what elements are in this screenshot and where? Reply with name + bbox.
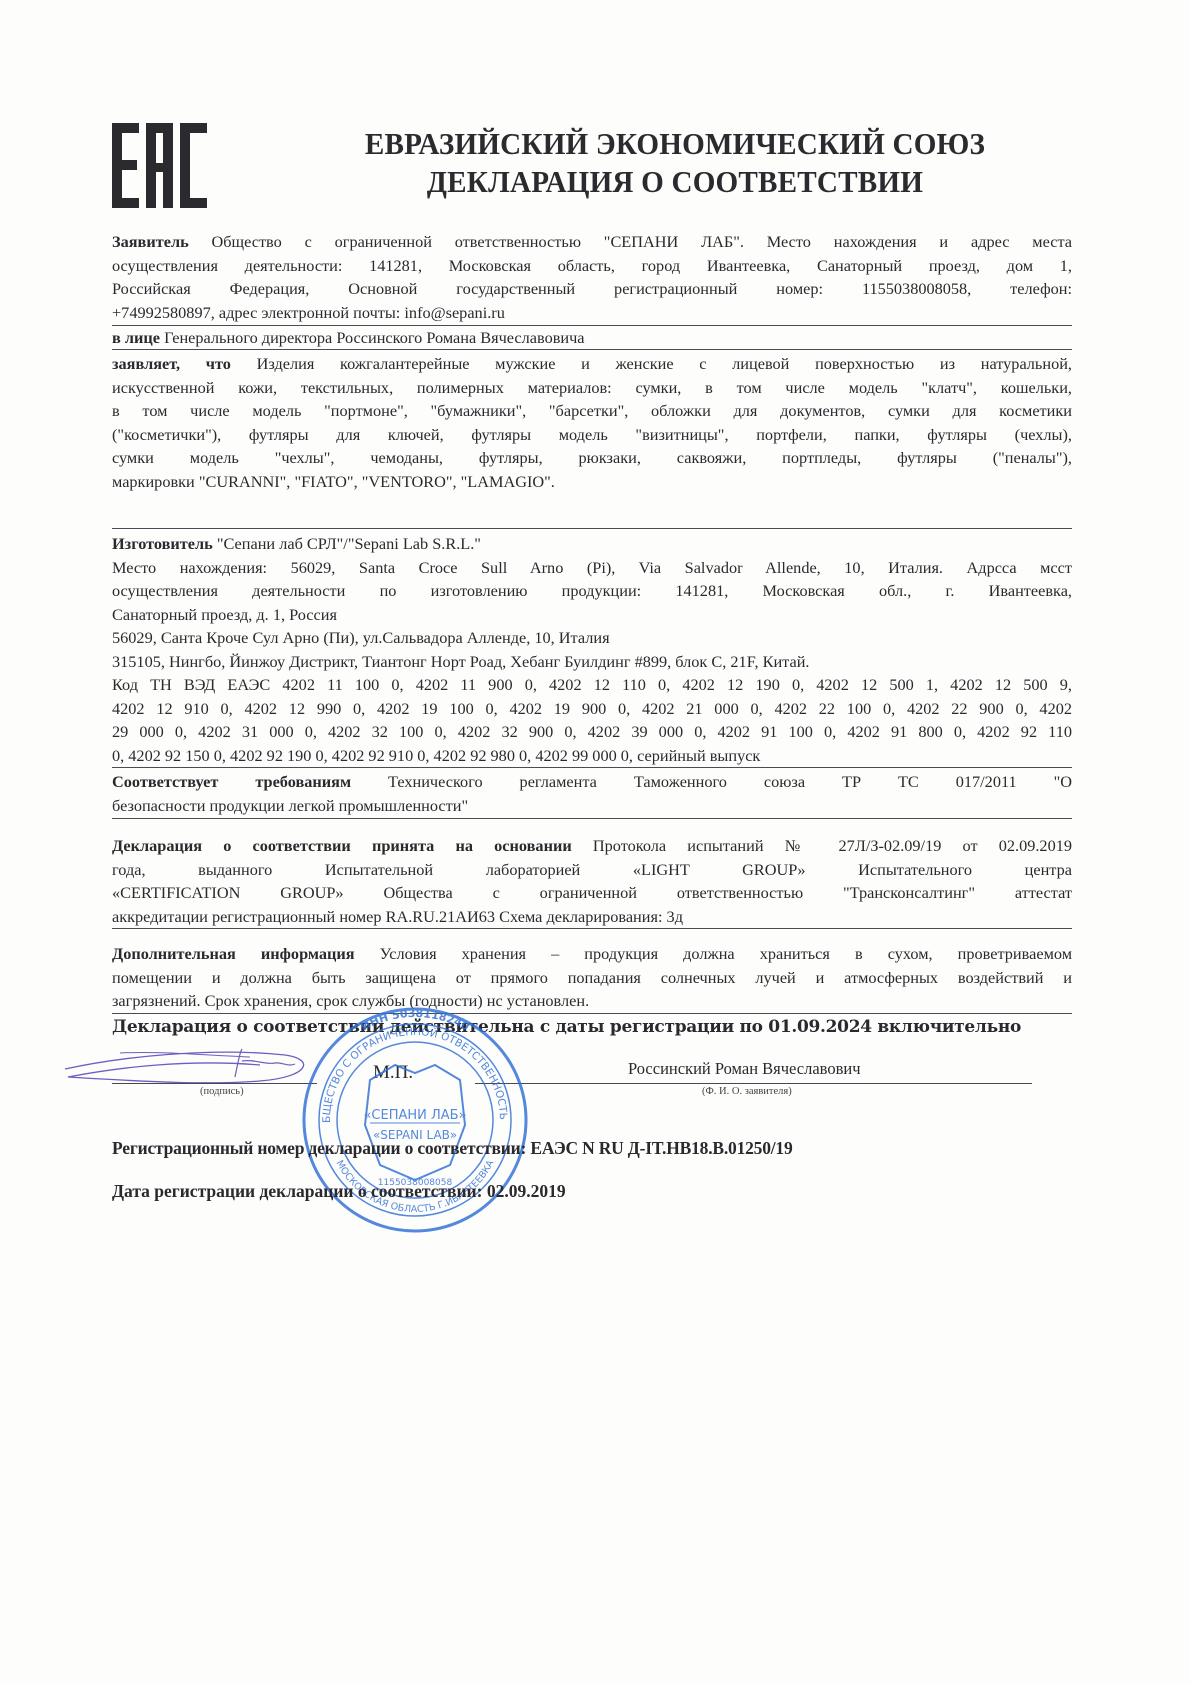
applicant-label: Заявитель <box>112 232 189 251</box>
declares-section: заявляет, что Изделия кожгалантерейные м… <box>112 352 1072 493</box>
divider <box>112 1013 1072 1014</box>
name-caption: (Ф. И. О. заявителя) <box>702 1086 792 1097</box>
title-declaration: ДЕКЛАРАЦИЯ О СООТВЕТСТВИИ <box>351 163 1000 201</box>
signature-caption: (подпись) <box>200 1086 244 1097</box>
stamp-name-ru: «СЕПАНИ ЛАБ» <box>363 1108 466 1123</box>
additional-info-section: Дополнительная информация Условия хранен… <box>112 942 1072 1013</box>
validity-statement: Декларация о соответствии действительна … <box>112 1017 1021 1037</box>
eac-logo <box>112 123 207 208</box>
signature-line <box>112 1083 317 1084</box>
svg-text:ОБЩЕСТВО С ОГРАНИЧЕННОЙ ОТВЕТС: ОБЩЕСТВО С ОГРАНИЧЕННОЙ ОТВЕТСТВЕННОСТЬЮ <box>300 1005 509 1123</box>
applicant-section: Заявитель Общество с ограниченной ответс… <box>112 230 1072 324</box>
basis-section: Декларация о соответствии принята на осн… <box>112 834 1072 928</box>
registration-date: Дата регистрации декларации о соответств… <box>112 1181 566 1202</box>
document-title: ЕВРАЗИЙСКИЙ ЭКОНОМИЧЕСКИЙ СОЮЗ ДЕКЛАРАЦИ… <box>330 125 1020 201</box>
manufacturer-section: Изготовитель "Сепани лаб СРЛ"/"Sepani La… <box>112 532 1072 767</box>
divider <box>112 767 1072 768</box>
divider <box>112 818 1072 819</box>
divider <box>112 528 1072 529</box>
divider <box>112 928 1072 929</box>
conformity-section: Соответствует требованиям Технического р… <box>112 770 1072 817</box>
representative-section: в лице Генерального директора Россинског… <box>112 326 1072 350</box>
registration-number: Регистрационный номер декларации о соотв… <box>112 1138 793 1159</box>
title-union: ЕВРАЗИЙСКИЙ ЭКОНОМИЧЕСКИЙ СОЮЗ <box>351 125 1000 163</box>
name-line <box>475 1083 1032 1084</box>
divider <box>112 349 1072 350</box>
signer-name: Россинский Роман Вячеславович <box>628 1059 861 1079</box>
eac-mark-icon <box>112 123 207 208</box>
